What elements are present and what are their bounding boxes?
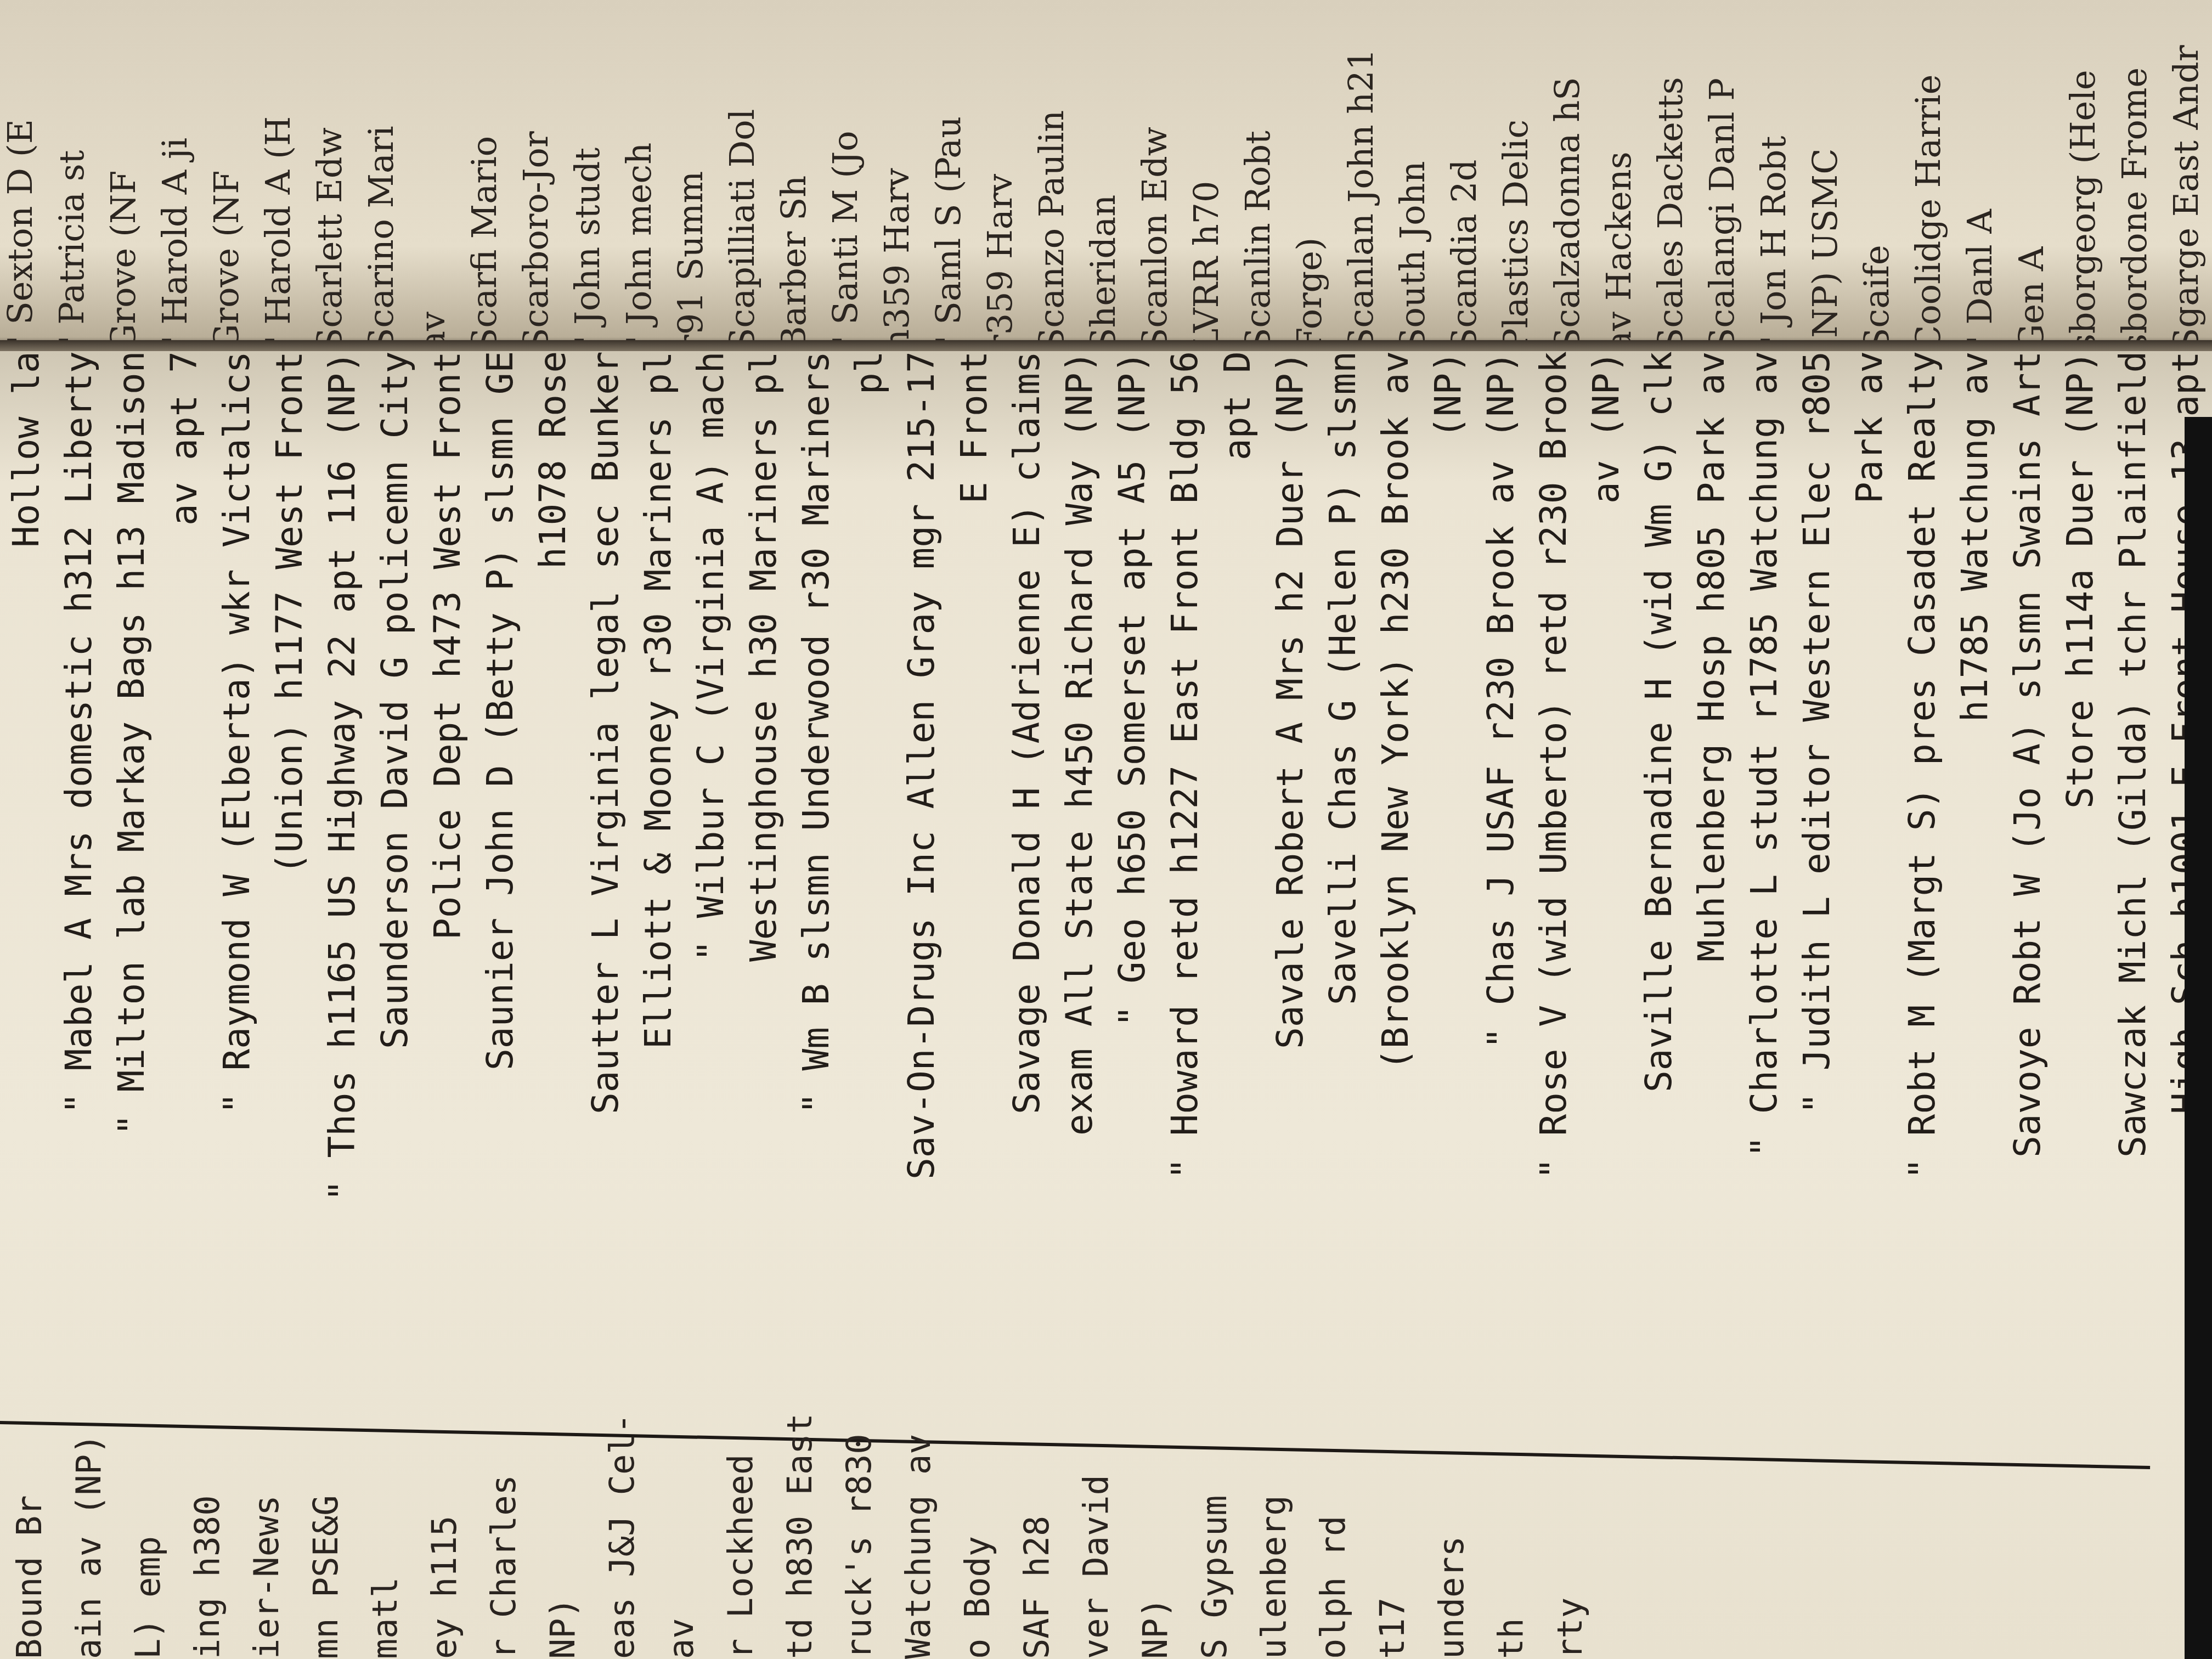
directory-entry-line: exam All State h450 Richard Way (NP) <box>1053 351 1106 1421</box>
directory-entry-line: " Charlotte L studt r1785 Watchung av <box>1738 351 1791 1421</box>
directory-entry-line: rty <box>1541 1437 1600 1659</box>
directory-entry-line: " Patricia st <box>46 0 98 351</box>
directory-entry-line: " Wm B slsmn Underwood r30 Mariners <box>790 351 843 1421</box>
facing-page-text: Sgarge East Andrsbordone Fromesborgeorg … <box>0 0 2212 351</box>
directory-entry-line: " John mech <box>613 0 665 351</box>
directory-entry-line: Savage Donald H (Adrienne E) claims <box>1001 351 1053 1421</box>
directory-entry-line: ey h115 <box>415 1437 474 1659</box>
page-edge-border <box>2185 417 2212 1659</box>
directory-entry-line: ruck's r830 <box>830 1437 889 1659</box>
directory-entry-line: Scalzadonna hS <box>1542 0 1593 351</box>
directory-entry-line: mn PSE&G <box>296 1437 356 1659</box>
directory-entry-line: ver David <box>1066 1437 1126 1659</box>
directory-entry-line: NP) <box>1126 1437 1185 1659</box>
directory-entry-line: Hollow la <box>0 351 53 1421</box>
directory-entry-line: " Santi M (Jo <box>820 0 871 351</box>
directory-entry-line: SAF h28 <box>1007 1437 1066 1659</box>
directory-entry-line: Grove (NF <box>98 0 149 351</box>
directory-entry-line: " John studt <box>562 0 613 351</box>
directory-entry-line: av Hackens <box>1593 0 1645 351</box>
directory-entry-line: (NP) USMC <box>1799 0 1851 351</box>
directory-entry-line: " Harold A ji <box>149 0 201 351</box>
directory-entry-line: " Howard retd h1227 East Front Bldg 56 <box>1159 351 1211 1421</box>
directory-entry-line: Saville Bernadine H (wid Wm G) clk <box>1633 351 1685 1421</box>
directory-entry-line: pl <box>843 351 895 1421</box>
directory-entry-line: av (NP) <box>1580 351 1633 1421</box>
directory-entry-line: (NP) <box>1422 351 1475 1421</box>
directory-entry-line: Scaife <box>1851 0 1903 351</box>
directory-entry-line: Saunier John D (Betty P) slsmn GE <box>474 351 527 1421</box>
directory-entry-line: Sheridan <box>1077 0 1129 351</box>
directory-entry-line: sbordone Frome <box>2109 0 2160 351</box>
directory-entry-line: Saunderson David G policemn City <box>369 351 421 1421</box>
directory-entry-line: av <box>407 0 459 351</box>
directory-entry-line: r359 Harv <box>974 0 1026 351</box>
directory-entry-line: " Saml S (Pau <box>923 0 974 351</box>
directory-entry-line: " Robt M (Margt S) pres Casadet Realty <box>1896 351 1949 1421</box>
directory-entry-line: Scarboro-Jor <box>510 0 562 351</box>
directory-entry-line: " Mabel A Mrs domestic h312 Liberty <box>53 351 105 1421</box>
directory-entry-line: Store h114a Duer (NP) <box>2054 351 2107 1421</box>
directory-entry-line: Scalangi Danl P <box>1696 0 1748 351</box>
directory-entry-line: o Body <box>948 1437 1007 1659</box>
directory-entry-line: South John <box>1387 0 1438 351</box>
directory-entry-line: ulenberg <box>1244 1437 1304 1659</box>
directory-entry-line: Scarfi Mario <box>459 0 510 351</box>
directory-entry-line: Police Dept h473 West Front <box>421 351 474 1421</box>
directory-page: Hollow la" Mabel A Mrs domestic h312 Lib… <box>0 351 2212 1659</box>
directory-entry-line: r Lockheed <box>711 1437 770 1659</box>
directory-entry-line: unders <box>1422 1437 1481 1659</box>
directory-entry-line: Forge) <box>1284 0 1335 351</box>
directory-entry-line: Scanlin Robt <box>1232 0 1284 351</box>
directory-entry-line: Sautter L Virginia legal sec Bunker <box>579 351 632 1421</box>
directory-entry-line: eas J&J Cel- <box>592 1437 652 1659</box>
directory-entry-line: Sav-On-Drugs Inc Allen Gray mgr 215-17 <box>895 351 948 1421</box>
directory-entry-line: r Charles <box>474 1437 533 1659</box>
directory-entry-line: sborgeorg (Hele <box>2057 0 2109 351</box>
directory-entry-line: ing h380 <box>178 1437 237 1659</box>
directory-entry-line: " Rose V (wid Umberto) retd r230 Brook <box>1527 351 1580 1421</box>
directory-entry-line: Scanzo Paulin <box>1026 0 1077 351</box>
directory-entry-line: Savelli Chas G (Helen P) slsmn <box>1317 351 1369 1421</box>
directory-entry-line: matl <box>356 1437 415 1659</box>
directory-entry-line: L) emp <box>119 1437 178 1659</box>
directory-entry-line: (Brooklyn New York) h230 Brook av <box>1369 351 1422 1421</box>
directory-entry-line: S Gypsum <box>1185 1437 1244 1659</box>
directory-entry-line: " Geo h650 Somerset apt A5 (NP) <box>1106 351 1159 1421</box>
directory-entry-line: olph rd <box>1304 1437 1363 1659</box>
directory-entry-line: av apt 7 <box>158 351 211 1421</box>
left-column-fragment: Bound Brain av (NP)L) emping h380ier-New… <box>0 1437 2212 1659</box>
directory-entry-line: Scarino Mari <box>356 0 407 351</box>
directory-entry-line: " Chas J USAF r230 Brook av (NP) <box>1475 351 1527 1421</box>
directory-entry-line: Grove (NF <box>201 0 252 351</box>
directory-entry-line: " Judith L editor Western Elec r805 <box>1791 351 1843 1421</box>
main-column: Hollow la" Mabel A Mrs domestic h312 Lib… <box>0 351 2212 1421</box>
directory-entry-line: Scarlett Edw <box>304 0 356 351</box>
directory-entry-line: " Milton lab Markay Bags h13 Madison <box>105 351 158 1421</box>
directory-entry-line: Savale Robert A Mrs h2 Duer (NP) <box>1264 351 1317 1421</box>
directory-entry-line: LVRR h70 <box>1181 0 1232 351</box>
directory-entry-line: h359 Harv <box>871 0 923 351</box>
directory-entry-line: Savoye Robt W (Jo A) slsmn Swains Art <box>2001 351 2054 1421</box>
directory-entry-line: " Jon H Robt <box>1748 0 1799 351</box>
directory-entry-line: NP) <box>533 1437 592 1659</box>
directory-entry-line: Scales Dacketts <box>1645 0 1696 351</box>
directory-entry-line: Scanlan John h21 <box>1335 0 1387 351</box>
directory-entry-line: th <box>1481 1437 1541 1659</box>
directory-entry-line: Plastics Delic <box>1490 0 1542 351</box>
directory-entry-line: " Thos h1165 US Highway 22 apt 116 (NP) <box>316 351 369 1421</box>
directory-entry-line: Park av <box>1843 351 1896 1421</box>
directory-entry-line: av <box>652 1437 711 1659</box>
directory-entry-line: Elliott & Mooney r30 Mariners pl <box>632 351 685 1421</box>
directory-entry-line: Sgarge East Andr <box>2160 0 2212 351</box>
directory-entry-line: Sawczak Michl (Gilda) tchr Plainfield <box>2107 351 2159 1421</box>
directory-entry-line: h1785 Watchung av <box>1949 351 2001 1421</box>
directory-entry-line: Watchung av <box>889 1437 948 1659</box>
directory-entry-line: t17 <box>1363 1437 1422 1659</box>
directory-entry-line: Muhlenberg Hosp h805 Park av <box>1685 351 1738 1421</box>
directory-entry-line: Gen A <box>2006 0 2057 351</box>
directory-entry-line: h1078 Rose <box>527 351 579 1421</box>
directory-entry-line: Westinghouse h30 Mariners pl <box>737 351 790 1421</box>
directory-entry-line: td h830 East <box>770 1437 830 1659</box>
directory-entry-line: Bound Br <box>0 1437 59 1659</box>
directory-entry-line: Scandia 2d <box>1438 0 1490 351</box>
directory-entry-line: " Harold A (H <box>252 0 304 351</box>
directory-entry-line: E Front <box>948 351 1001 1421</box>
facing-page-top: Sgarge East Andrsbordone Fromesborgeorg … <box>0 0 2212 351</box>
directory-entry-line: ain av (NP) <box>59 1437 119 1659</box>
directory-entry-line: Barber Sh <box>768 0 820 351</box>
directory-entry-line: " Raymond W (Elberta) wkr Victalics <box>211 351 263 1421</box>
directory-entry-line: apt D <box>1211 351 1264 1421</box>
directory-entry-line: Scanlon Edw <box>1129 0 1181 351</box>
directory-entry-line: (Union) h1177 West Front <box>263 351 316 1421</box>
directory-entry-line: " Wilbur C (Virginia A) mach <box>685 351 737 1421</box>
directory-entry-line: " Danl A <box>1954 0 2006 351</box>
directory-entry-line: Scapilliati Dol <box>716 0 768 351</box>
directory-entry-line: Coolidge Harrie <box>1903 0 1954 351</box>
directory-entry-line: ier-News <box>237 1437 296 1659</box>
directory-entry-line: r91 Summ <box>665 0 716 351</box>
directory-entry-line: " Sexton D (E <box>0 0 46 351</box>
